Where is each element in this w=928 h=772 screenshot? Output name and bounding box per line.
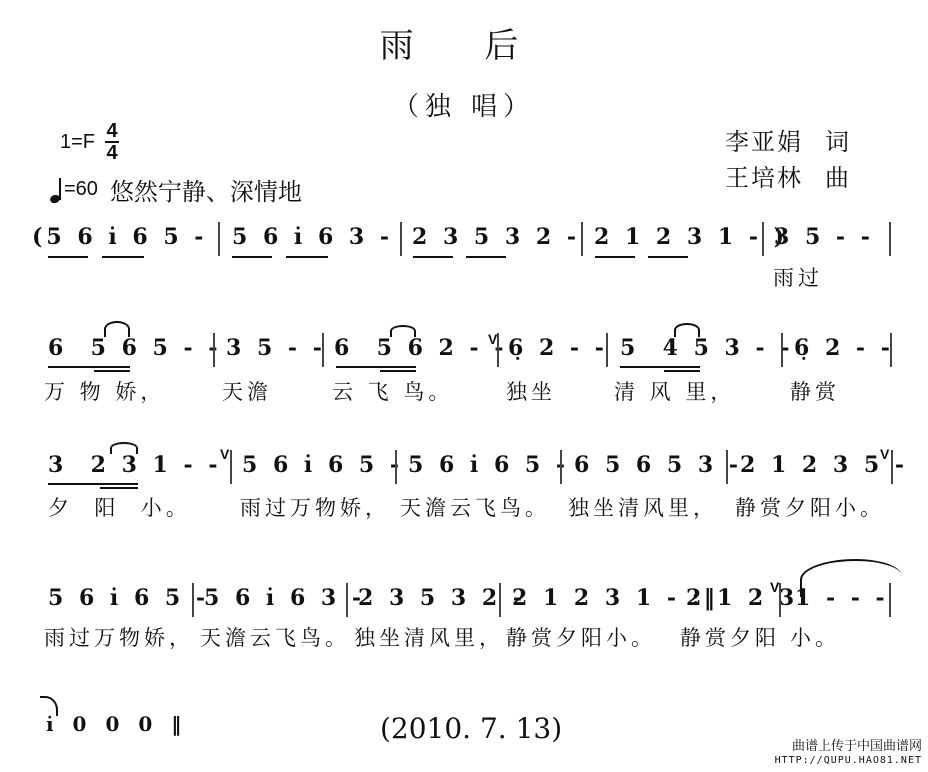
measure: 3 5 - - [226,335,326,361]
score-line-4: 5 6 i̇ 6 5 - 5 6 i̇ 6 3 - 2 3 5 3 2 - 2 … [0,583,928,623]
key-signature: 1=F 4 4 [60,122,119,162]
barline [400,222,402,256]
measure: 5 4 5 3 - - [620,335,793,361]
underline [100,487,138,489]
breath-mark: V [880,446,889,462]
measure: 6 5 6 2 - - [334,335,507,361]
score-line-2: 6 5 6 5 - - 3 5 - - 6 5 6 2 - - V 6̣ 2 -… [0,333,928,373]
breath-mark: V [770,579,779,595]
quarter-note-icon [50,177,64,203]
measure: 3 5 - - [774,224,874,250]
barline [499,583,501,617]
slur [40,696,58,716]
measure: 6 5 6 5 3 - [574,452,742,478]
measure: 5 6 i̇ 6 5 - [48,585,209,611]
measure: 2 3 5 3 2 - [412,224,580,250]
measure: 3 2 3 1 - - [48,452,221,478]
barline [581,222,583,256]
underline [232,256,272,258]
time-signature: 4 4 [105,122,119,162]
slur [104,321,130,337]
underline [664,370,700,372]
barline [606,333,608,367]
score-line-1: (5 6 i̇ 6 5 - 5 6 i̇ 6 3 - 2 3 5 3 2 - 2… [0,222,928,262]
key-label: 1=F [60,131,95,154]
score-line-3: 3 2 3 1 - - V 5 6 i̇ 6 5 - 5 6 i̇ 6 5 - … [0,450,928,490]
barline [395,450,397,484]
barline [889,222,891,256]
measure: 5 6 i̇ 6 5 - [408,452,569,478]
measure: 6 5 6 5 - - [48,335,221,361]
barline [781,333,783,367]
underline [648,256,688,258]
composer-credit: 王培林曲 [725,158,851,193]
breath-mark: V [488,331,497,347]
slur [110,442,138,454]
slur [800,559,902,597]
measure: i̇ 0 0 0 ‖ [46,712,187,736]
underline [94,370,130,372]
lyricist-credit: 李亚娟词 [725,122,851,157]
measure: (5 6 i̇ 6 5 - [32,224,207,250]
barline [322,333,324,367]
composition-date: (2010. 7. 13) [380,712,562,745]
barline [726,450,728,484]
barline [762,222,764,256]
slur [390,325,416,337]
measure: 2 1 2 3 1 - ) [594,224,788,250]
measure: 5 6 i̇ 6 3 - [204,585,365,611]
barline [891,450,893,484]
barline [560,450,562,484]
breath-mark: V [220,446,229,462]
barline [192,583,194,617]
measure: 6̣ 2 - - [794,335,894,361]
underline [102,256,144,258]
underline [48,483,138,485]
barline [890,333,892,367]
barline [779,583,781,617]
barline [218,222,220,256]
measure: 5 6 i̇ 6 3 - [232,224,393,250]
underline [286,256,328,258]
underline [48,366,130,368]
expression-text: 悠然宁静、深情地 [110,172,302,207]
underline [413,256,453,258]
lyric: 雨过 [773,262,823,292]
underline [595,256,635,258]
underline [620,366,700,368]
slur [674,323,700,337]
barline [213,333,215,367]
song-title: 雨 后 [0,18,928,67]
barline [230,450,232,484]
underline [336,366,416,368]
performance-type: （独 唱） [0,86,928,123]
measure: 6̣ 2 - - [508,335,608,361]
barline [346,583,348,617]
tempo-marking: =60 悠然宁静、深情地 [50,172,302,207]
barline [497,333,499,367]
underline [380,370,416,372]
measure: 2 1 2 3 [686,585,798,611]
tempo-bpm: =60 [64,178,98,201]
underline [48,256,88,258]
underline [466,256,506,258]
watermark: 曲谱上传于中国曲谱网 HTTP://QUPU.HAO81.NET [775,740,922,768]
measure: 5 6 i̇ 6 5 - [242,452,403,478]
